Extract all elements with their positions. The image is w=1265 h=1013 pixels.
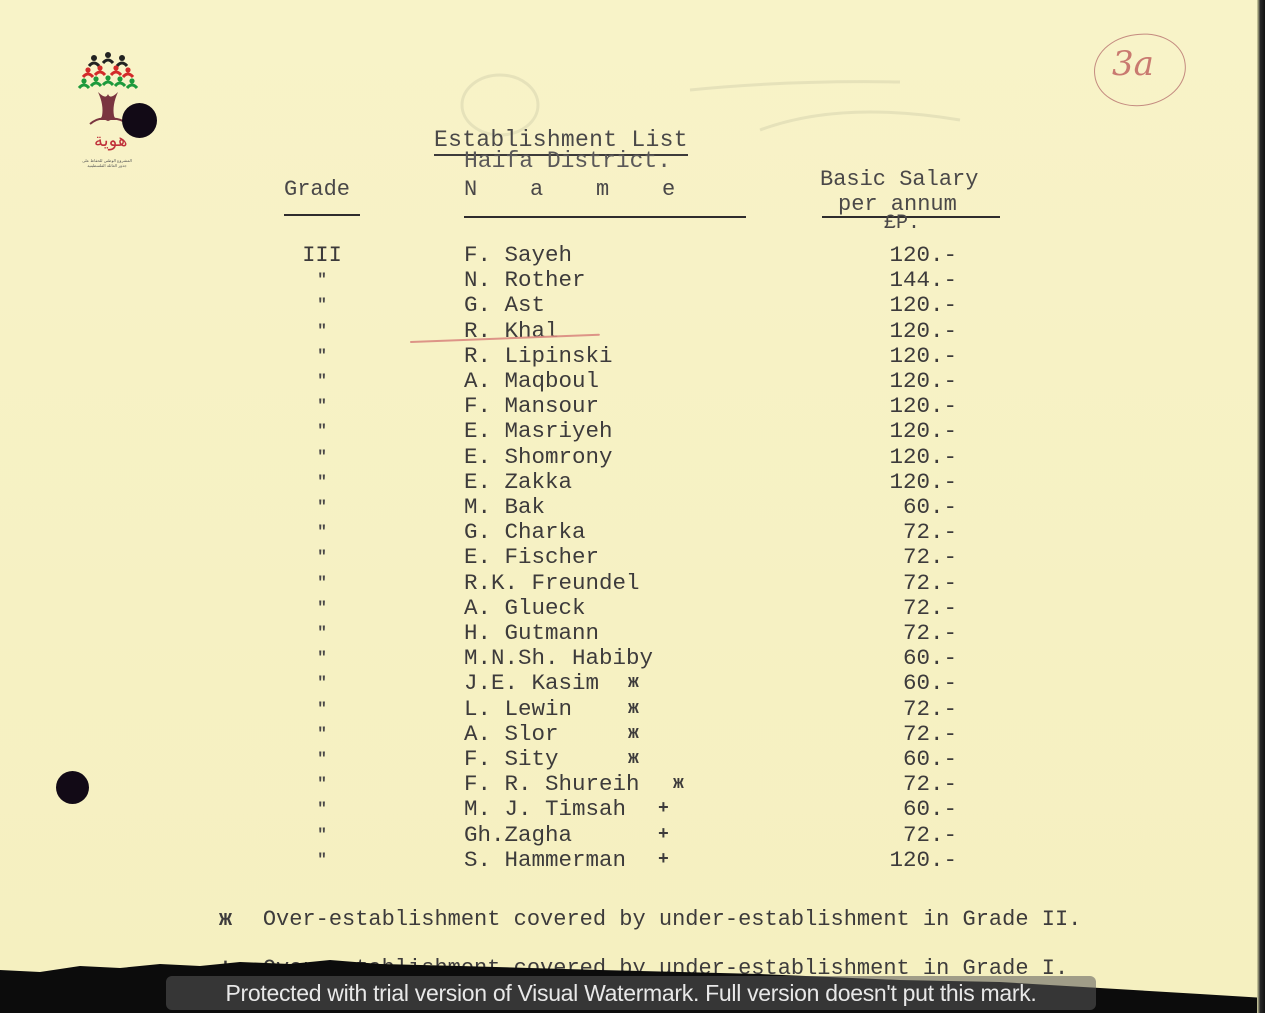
salary-cell: 72.-	[903, 520, 957, 545]
document-page: هوية المشروع الوطني للحفاظ على جذور العا…	[0, 0, 1265, 1013]
grade-cell: "	[300, 319, 344, 344]
table-row: "N. Rother144.-	[0, 268, 1265, 293]
logo-caption-line-2: جذور العائلة الفلسطينية	[74, 163, 140, 168]
name-cell: E. Masriyeh	[464, 419, 613, 444]
table-row: "S. Hammerman+120.-	[0, 848, 1265, 873]
table-row: "M.N.Sh. Habiby60.-	[0, 646, 1265, 671]
name-cell: F. Sayeh	[464, 243, 572, 268]
grade-header-rule	[284, 214, 360, 216]
name-cell: E. Zakka	[464, 470, 572, 495]
grade-cell: "	[300, 495, 344, 520]
grade-cell: "	[300, 697, 344, 722]
page-right-edge	[1257, 0, 1265, 1013]
salary-cell: 72.-	[903, 596, 957, 621]
table-row: "H. Gutmann72.-	[0, 621, 1265, 646]
grade-cell: "	[300, 293, 344, 318]
table-row: "M. Bak60.-	[0, 495, 1265, 520]
name-cell: F. Sity	[464, 747, 559, 772]
grade-cell: "	[300, 419, 344, 444]
grade-cell: "	[300, 344, 344, 369]
salary-cell: 72.-	[903, 772, 957, 797]
footnote-text: Over-establishment covered by under-esta…	[263, 907, 1082, 932]
grade-cell: "	[300, 445, 344, 470]
table-row: "E. Masriyeh120.-	[0, 419, 1265, 444]
salary-cell: 120.-	[889, 243, 957, 268]
salary-cell: 120.-	[889, 319, 957, 344]
salary-cell: 72.-	[903, 823, 957, 848]
name-cell: A. Glueck	[464, 596, 586, 621]
table-row: "A. Glueck72.-	[0, 596, 1265, 621]
asterisk-footnote-marker: ж	[673, 772, 684, 797]
grade-cell: "	[300, 268, 344, 293]
grade-cell: "	[300, 772, 344, 797]
name-header-rule	[464, 216, 746, 218]
grade-cell: "	[300, 646, 344, 671]
document-subtitle: Haifa District.	[464, 148, 671, 174]
grade-cell: "	[300, 571, 344, 596]
watermark-banner: Protected with trial version of Visual W…	[166, 976, 1096, 1010]
name-cell: N. Rother	[464, 268, 586, 293]
salary-currency-unit: £P.	[884, 212, 920, 236]
asterisk-footnote-marker: ж	[628, 722, 639, 747]
grade-cell: "	[300, 621, 344, 646]
grade-cell: "	[300, 520, 344, 545]
salary-cell: 60.-	[903, 747, 957, 772]
table-row: "R. Khal120.-	[0, 319, 1265, 344]
column-header-grade: Grade	[284, 178, 350, 202]
column-header-salary: Basic Salary	[820, 168, 978, 192]
name-cell: R.K. Freundel	[464, 571, 640, 596]
salary-cell: 120.-	[889, 445, 957, 470]
column-header-name: N a m e	[464, 178, 675, 202]
name-cell: E. Shomrony	[464, 445, 613, 470]
table-row: "E. Shomrony120.-	[0, 445, 1265, 470]
table-row: "G. Ast120.-	[0, 293, 1265, 318]
grade-cell: "	[300, 596, 344, 621]
grade-cell: "	[300, 470, 344, 495]
table-row: "G. Charka72.-	[0, 520, 1265, 545]
table-row: "E. Zakka120.-	[0, 470, 1265, 495]
salary-cell: 120.-	[889, 848, 957, 873]
name-cell: H. Gutmann	[464, 621, 599, 646]
salary-cell: 120.-	[889, 470, 957, 495]
grade-cell: "	[300, 823, 344, 848]
grade-cell: III	[300, 243, 344, 268]
name-cell: R. Lipinski	[464, 344, 613, 369]
salary-cell: 60.-	[903, 495, 957, 520]
salary-cell: 72.-	[903, 621, 957, 646]
name-cell: L. Lewin	[464, 697, 572, 722]
table-row: "R. Lipinski120.-	[0, 344, 1265, 369]
name-cell: A. Maqboul	[464, 369, 599, 394]
salary-cell: 72.-	[903, 697, 957, 722]
name-cell: M. Bak	[464, 495, 545, 520]
name-cell: Gh.Zagha	[464, 823, 572, 848]
name-cell: M.N.Sh. Habiby	[464, 646, 653, 671]
salary-cell: 120.-	[889, 394, 957, 419]
table-row: "M. J. Timsah+60.-	[0, 797, 1265, 822]
table-row: "A. Slorж72.-	[0, 722, 1265, 747]
punch-hole-top	[122, 103, 157, 138]
salary-cell: 60.-	[903, 797, 957, 822]
table-row: "F. Sityж60.-	[0, 747, 1265, 772]
grade-cell: "	[300, 747, 344, 772]
table-row: "Gh.Zagha+72.-	[0, 823, 1265, 848]
name-cell: A. Slor	[464, 722, 559, 747]
grade-cell: "	[300, 545, 344, 570]
grade-cell: "	[300, 848, 344, 873]
salary-cell: 120.-	[889, 369, 957, 394]
table-row: "R.K. Freundel72.-	[0, 571, 1265, 596]
table-row: "F. R. Shureihж72.-	[0, 772, 1265, 797]
name-cell: S. Hammerman	[464, 848, 626, 873]
asterisk-footnote-marker: ж	[628, 697, 639, 722]
table-row: "J.E. Kasimж60.-	[0, 671, 1265, 696]
salary-cell: 72.-	[903, 545, 957, 570]
name-cell: M. J. Timsah	[464, 797, 626, 822]
grade-cell: "	[300, 797, 344, 822]
name-cell: E. Fischer	[464, 545, 599, 570]
grade-cell: "	[300, 369, 344, 394]
name-cell: F. Mansour	[464, 394, 599, 419]
table-row: "E. Fischer72.-	[0, 545, 1265, 570]
svg-text:هوية: هوية	[94, 130, 127, 151]
salary-cell: 120.-	[889, 419, 957, 444]
name-cell: G. Ast	[464, 293, 545, 318]
asterisk-footnote-marker: ж	[628, 671, 639, 696]
name-cell: G. Charka	[464, 520, 586, 545]
plus-footnote-marker: +	[658, 797, 669, 822]
grade-cell: "	[300, 394, 344, 419]
asterisk-footnote-marker: ж	[628, 747, 639, 772]
plus-footnote-marker: +	[658, 823, 669, 848]
grade-cell: "	[300, 671, 344, 696]
salary-cell: 72.-	[903, 571, 957, 596]
salary-cell: 120.-	[889, 293, 957, 318]
plus-footnote-marker: +	[658, 848, 669, 873]
salary-cell: 72.-	[903, 722, 957, 747]
salary-cell: 60.-	[903, 671, 957, 696]
salary-cell: 60.-	[903, 646, 957, 671]
page-number: 3a	[1112, 44, 1154, 84]
table-row: "F. Mansour120.-	[0, 394, 1265, 419]
name-cell: J.E. Kasim	[464, 671, 599, 696]
table-row: "L. Lewinж72.-	[0, 697, 1265, 722]
logo-caption: المشروع الوطني للحفاظ على جذور العائلة ا…	[74, 158, 140, 168]
salary-cell: 120.-	[889, 344, 957, 369]
table-row: "A. Maqboul120.-	[0, 369, 1265, 394]
grade-cell: "	[300, 722, 344, 747]
salary-cell: 144.-	[889, 268, 957, 293]
table-row: IIIF. Sayeh120.-	[0, 243, 1265, 268]
name-cell: F. R. Shureih	[464, 772, 640, 797]
